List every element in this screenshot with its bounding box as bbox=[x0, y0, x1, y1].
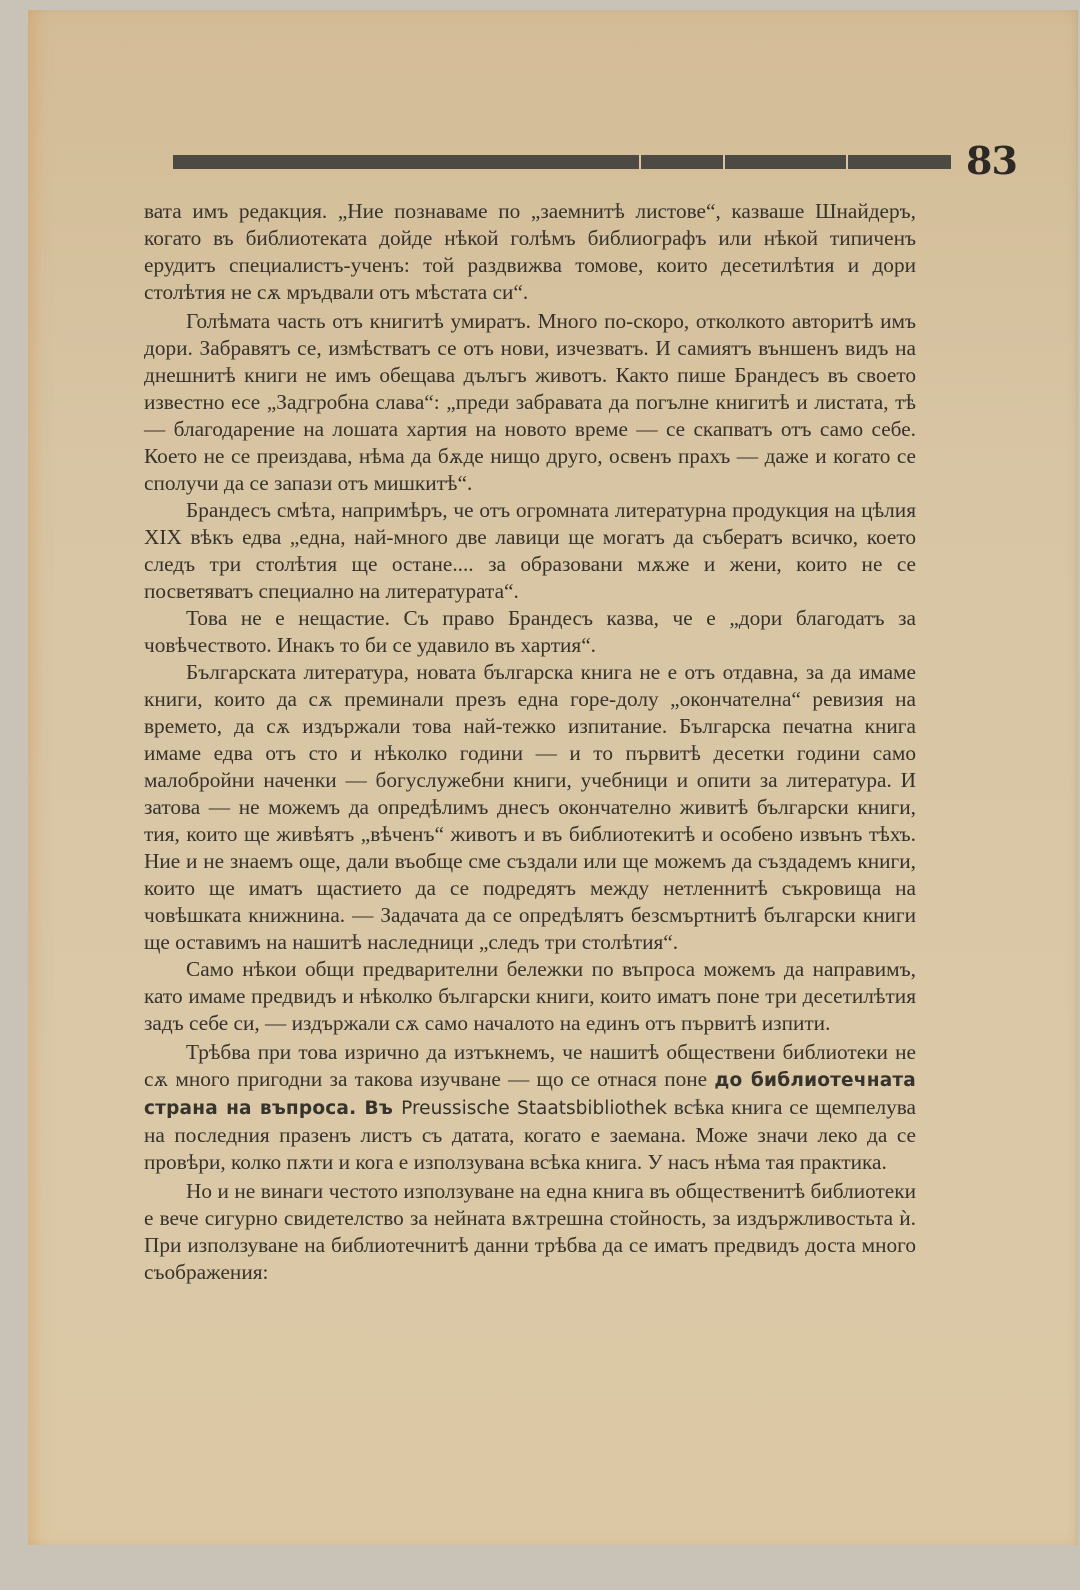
body-text: вата имъ редакция. „Ние познаваме по „за… bbox=[144, 198, 916, 1286]
page-number: 83 bbox=[966, 138, 1017, 183]
header-rule-segment bbox=[848, 155, 951, 169]
paragraph: Брандесъ смѣта, напримѣръ, че отъ огромн… bbox=[144, 497, 916, 605]
paragraph-mixed-type: Трѣбва при това изрично да изтъкнемъ, че… bbox=[144, 1039, 916, 1176]
library-name: Preussische Staatsbibliothek bbox=[401, 1098, 667, 1119]
header-rule-segment bbox=[173, 155, 641, 169]
paragraph: Това не е нещастие. Съ право Брандесъ ка… bbox=[144, 605, 916, 659]
paragraph: Голѣмата часть отъ книгитѣ умиратъ. Мног… bbox=[144, 308, 916, 497]
bold-text: Въ bbox=[356, 1098, 401, 1119]
header-rule-segment bbox=[725, 155, 848, 169]
header-rule bbox=[173, 155, 951, 169]
paragraph: Само нѣкои общи предварителни бележки по… bbox=[144, 956, 916, 1037]
header-rule-segment bbox=[641, 155, 724, 169]
paragraph: Българската литература, новата българска… bbox=[144, 659, 916, 956]
paragraph: Но и не винаги честото използуване на ед… bbox=[144, 1178, 916, 1286]
paragraph-continuation: вата имъ редакция. „Ние познаваме по „за… bbox=[144, 198, 916, 306]
